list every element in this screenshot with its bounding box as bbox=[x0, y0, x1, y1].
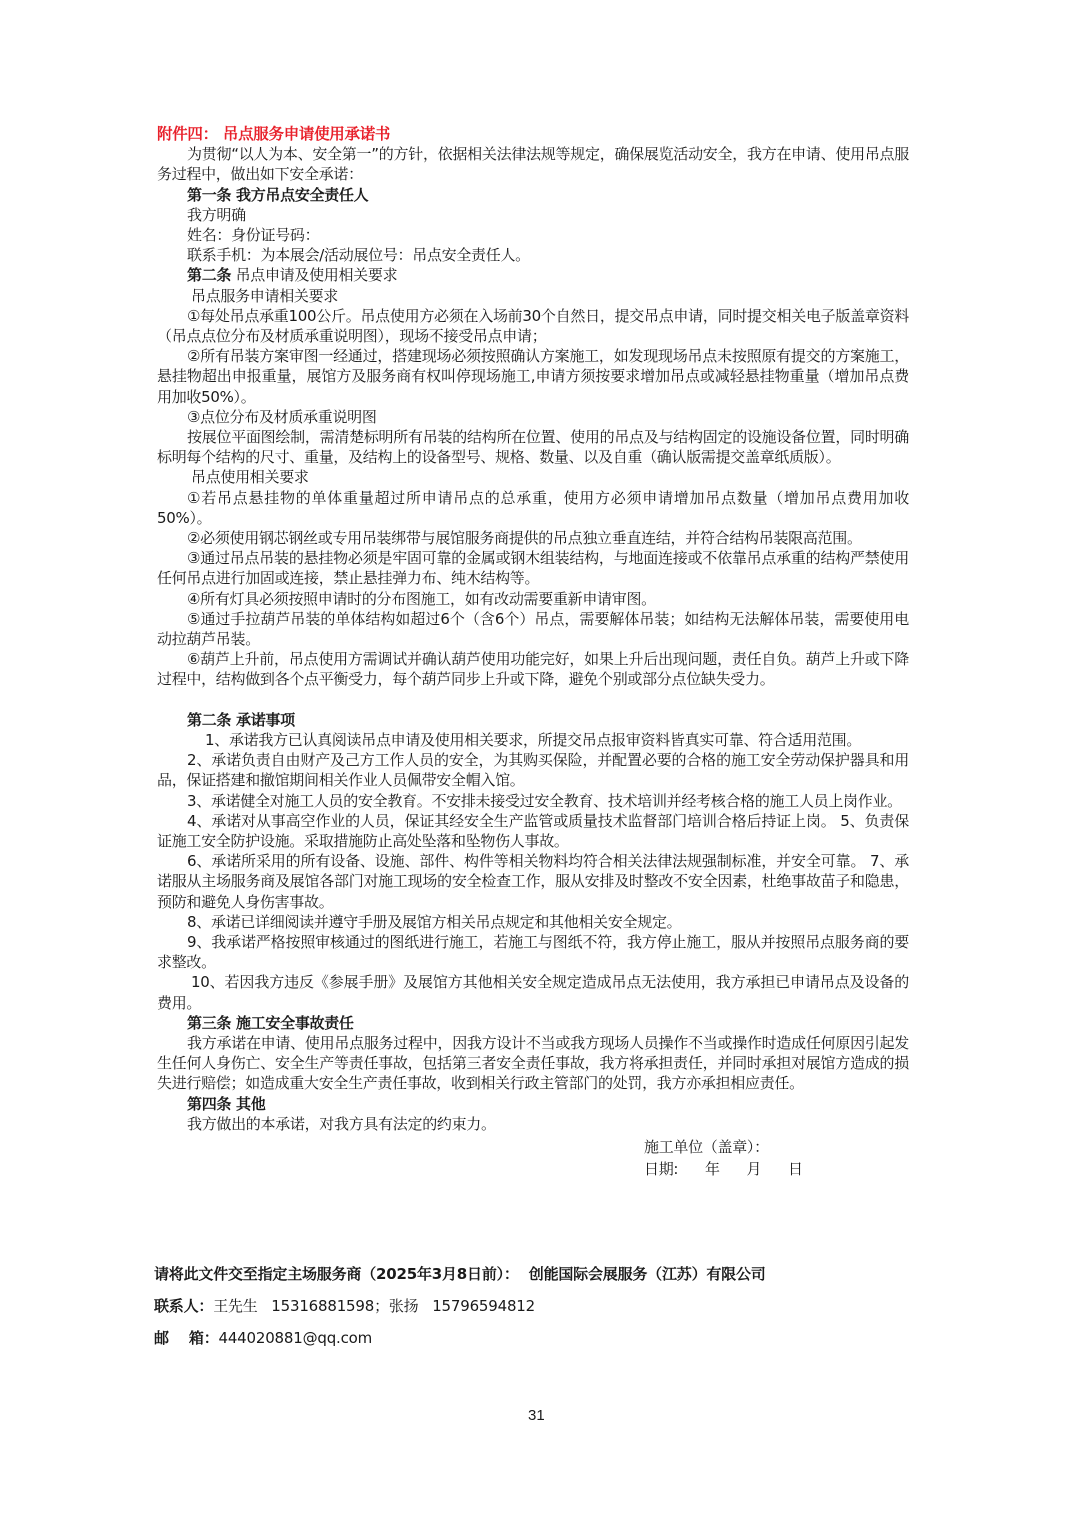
page-number: 31 bbox=[528, 1407, 545, 1424]
commitment-item: 10、若因我方违反《参展手册》及展馆方其他相关安全规定造成吊点无法使用，我方承担… bbox=[157, 972, 909, 1012]
usage-item: ②必须使用钢芯钢丝或专用吊装绑带与展馆服务商提供的吊点独立垂直连结，并符合结构吊… bbox=[157, 528, 909, 548]
commitment-item: 9、我承诺严格按照审核通过的图纸进行施工，若施工与图纸不符，我方停止施工，服从并… bbox=[157, 932, 909, 972]
article1-line: 联系手机：为本展会/活动展位号：吊点安全责任人。 bbox=[157, 245, 909, 265]
article2-heading-bold: 第二条 bbox=[187, 266, 231, 284]
submit-note: 请将此文件交至指定主场服务商（2025年3月8日前）： 创能国际会展服务（江苏）… bbox=[154, 1264, 766, 1284]
article4-text: 我方做出的本承诺，对我方具有法定的约束力。 bbox=[157, 1114, 909, 1134]
email-row: 邮 箱：444020881@qq.com bbox=[154, 1328, 766, 1348]
signature-date-label: 日期: 年 月 日 bbox=[644, 1159, 909, 1179]
article4-heading: 第四条 其他 bbox=[157, 1094, 909, 1114]
email-value: 444020881@qq.com bbox=[219, 1329, 373, 1347]
document-body: 附件四： 吊点服务申请使用承诺书 为贯彻“以人为本、安全第一”的方针，依据相关法… bbox=[157, 124, 909, 1179]
article1-heading: 第一条 我方吊点安全责任人 bbox=[157, 185, 909, 205]
commitment-item: 1、承诺我方已认真阅读吊点申请及使用相关要求，所提交吊点报审资料皆真实可靠、符合… bbox=[157, 730, 909, 750]
article2-heading-rest: 吊点申请及使用相关要求 bbox=[231, 266, 397, 284]
commitment-item: 6、承诺所采用的所有设备、设施、部件、构件等相关物料均符合相关法律法规强制标准，… bbox=[157, 851, 909, 912]
email-label: 邮 箱： bbox=[154, 1329, 219, 1347]
article3-heading: 第三条 施工安全事故责任 bbox=[157, 1013, 909, 1033]
submission-footer: 请将此文件交至指定主场服务商（2025年3月8日前）： 创能国际会展服务（江苏）… bbox=[154, 1264, 766, 1360]
usage-item: ⑥葫芦上升前，吊点使用方需调试并确认葫芦使用功能完好，如果上升后出现问题，责任自… bbox=[157, 649, 909, 689]
application-item: ③点位分布及材质承重说明图 bbox=[157, 407, 909, 427]
contact-value: 王先生 15316881598；张扬 15796594812 bbox=[213, 1297, 535, 1315]
application-item: ①每处吊点承重100公斤。吊点使用方必须在入场前30个自然日，提交吊点申请，同时… bbox=[157, 306, 909, 346]
article1-line: 姓名：身份证号码： bbox=[157, 225, 909, 245]
usage-subheading: 吊点使用相关要求 bbox=[157, 467, 909, 487]
article1-line: 我方明确 bbox=[157, 205, 909, 225]
usage-item: ⑤通过手拉葫芦吊装的单体结构如超过6个（含6个）吊点，需要解体吊装；如结构无法解… bbox=[157, 609, 909, 649]
commitment-item: 2、承诺负责自由财产及己方工作人员的安全，为其购买保险，并配置必要的合格的施工安… bbox=[157, 750, 909, 790]
commitment-item: 4、承诺对从事高空作业的人员，保证其经安全生产监管或质量技术监督部门培训合格后持… bbox=[157, 811, 909, 851]
contact-row: 联系人：王先生 15316881598；张扬 15796594812 bbox=[154, 1296, 766, 1316]
intro-paragraph: 为贯彻“以人为本、安全第一”的方针，依据相关法律法规等规定，确保展览活动安全，我… bbox=[157, 144, 909, 184]
usage-item: ④所有灯具必须按照申请时的分布图施工，如有改动需要重新申请审图。 bbox=[157, 589, 909, 609]
commitment-item: 8、承诺已详细阅读并遵守手册及展馆方相关吊点规定和其他相关安全规定。 bbox=[157, 912, 909, 932]
document-title: 附件四： 吊点服务申请使用承诺书 bbox=[157, 124, 909, 144]
usage-item: ③通过吊点吊装的悬挂物必须是牢固可靠的金属或钢木组装结构，与地面连接或不依靠吊点… bbox=[157, 548, 909, 588]
application-subheading: 吊点服务申请相关要求 bbox=[157, 286, 909, 306]
article2-heading: 第二条 吊点申请及使用相关要求 bbox=[157, 265, 909, 285]
article3-text: 我方承诺在申请、使用吊点服务过程中，因我方设计不当或我方现场人员操作不当或操作时… bbox=[157, 1033, 909, 1094]
usage-item: ①若吊点悬挂物的单体重量超过所申请吊点的总承重，使用方必须申请增加吊点数量（增加… bbox=[157, 488, 909, 528]
signature-unit-label: 施工单位（盖章）： bbox=[644, 1137, 909, 1157]
commitments-heading: 第二条 承诺事项 bbox=[157, 710, 909, 730]
commitment-item: 3、承诺健全对施工人员的安全教育。不安排未接受过安全教育、技术培训并经考核合格的… bbox=[157, 791, 909, 811]
contact-label: 联系人： bbox=[154, 1297, 213, 1315]
application-item: ②所有吊装方案审图一经通过，搭建现场必须按照确认方案施工，如发现现场吊点未按照原… bbox=[157, 346, 909, 407]
spacer bbox=[157, 690, 909, 710]
application-item: 按展位平面图绘制，需清楚标明所有吊装的结构所在位置、使用的吊点及与结构固定的设施… bbox=[157, 427, 909, 467]
